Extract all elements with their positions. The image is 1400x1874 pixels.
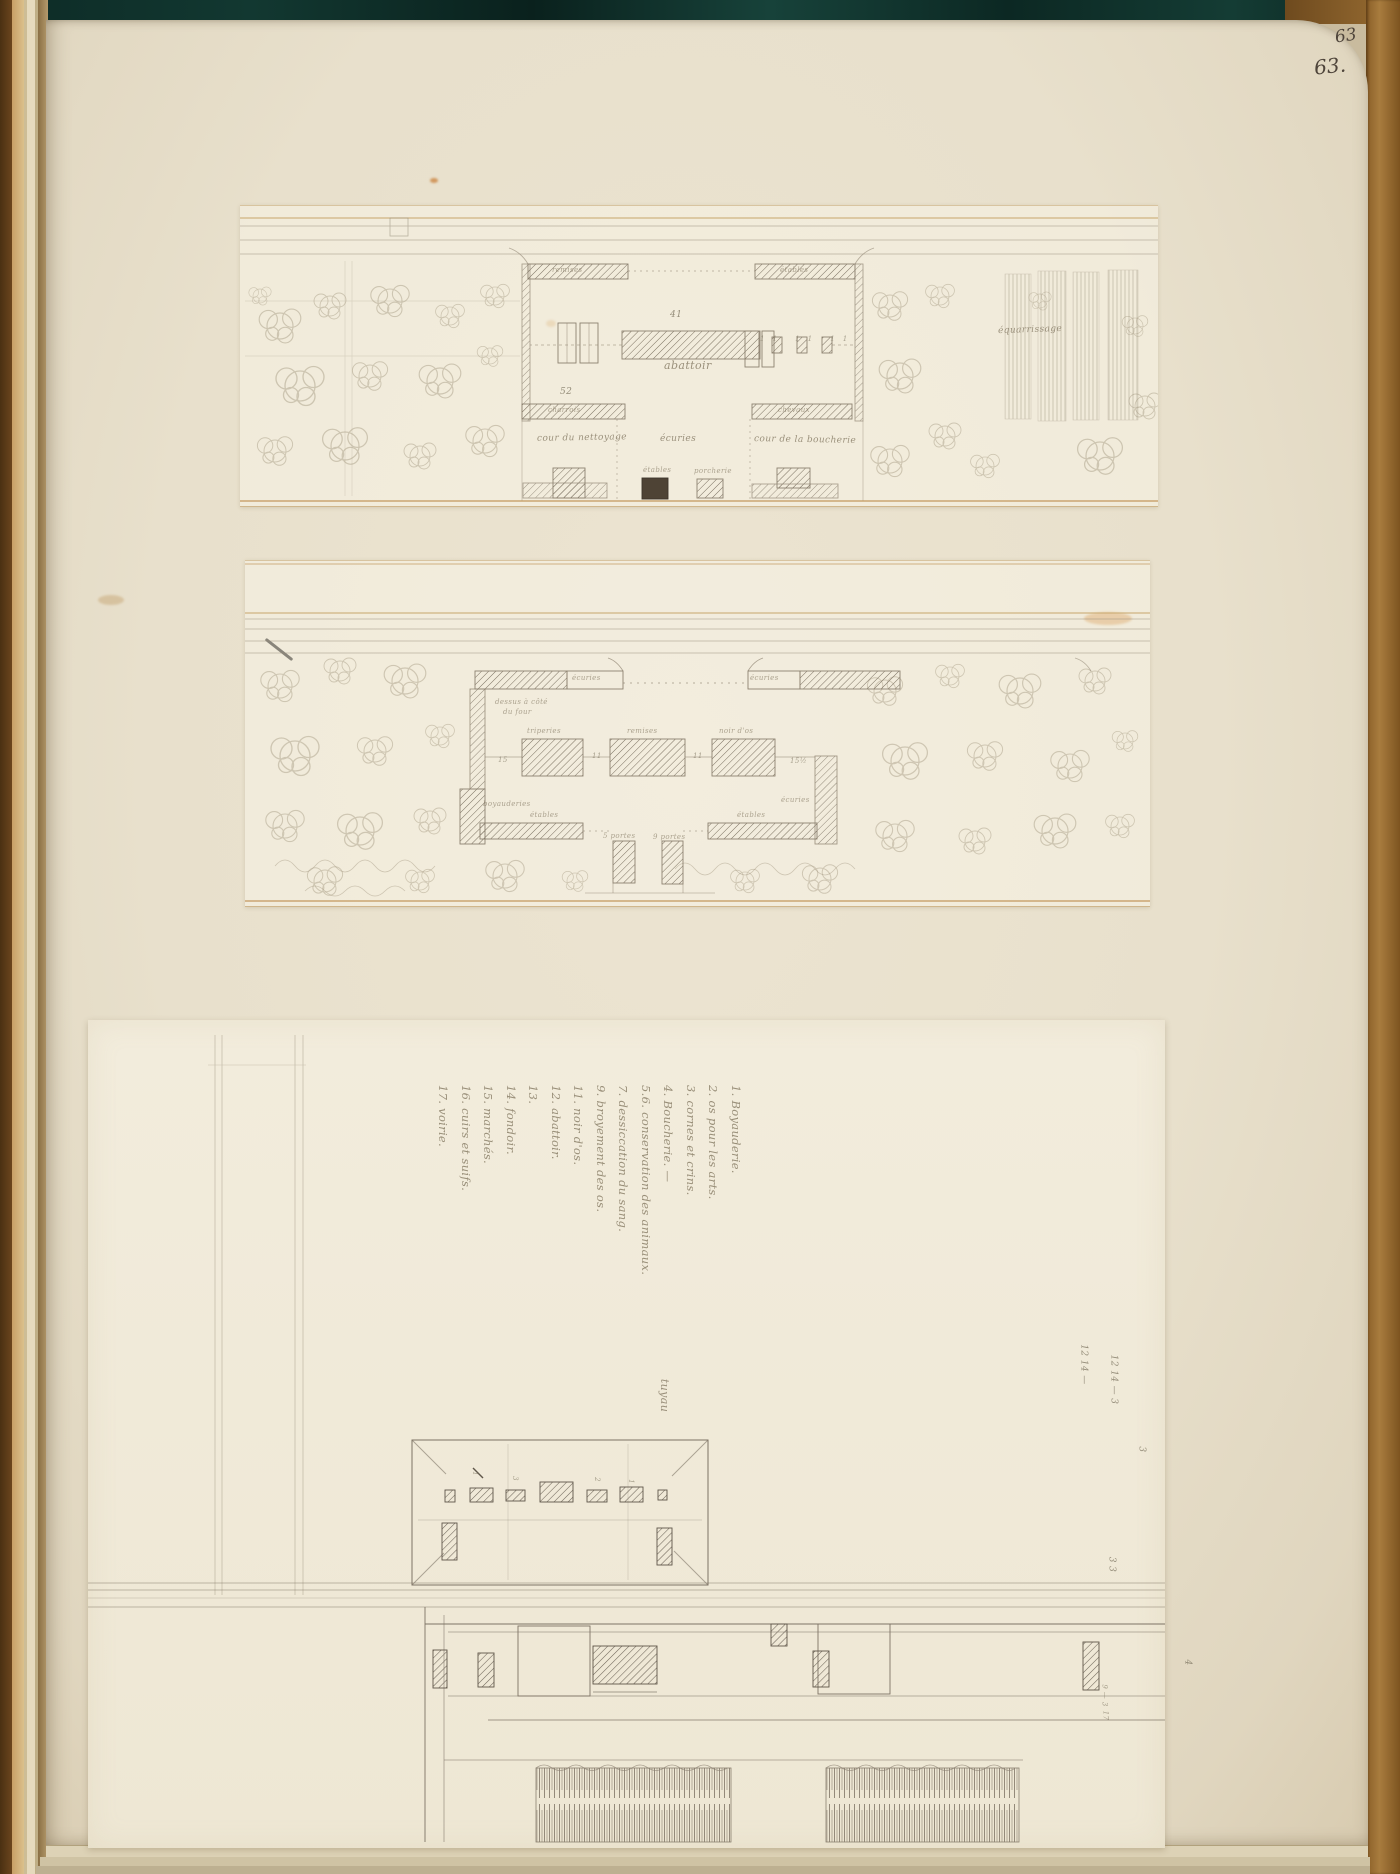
pier-number-1: 1 — [471, 1471, 478, 1476]
list-item: 17. voirie. — [432, 1085, 455, 1335]
label-low-4: écuries — [781, 797, 810, 804]
label-wing-c: charrois — [548, 407, 581, 414]
label-wing-a: remises — [552, 267, 583, 274]
label-15-right: 15½ — [790, 758, 807, 765]
annotation-nums-a: 12 14 — — [1079, 1344, 1088, 1384]
annotation-nums-g: 4 — [1183, 1659, 1192, 1665]
drawing-bottom-sheet: 1. Boyauderie. 2. os pour les arts. 3. c… — [88, 1020, 1165, 1848]
label-porcherie: porcherie — [694, 468, 732, 475]
label-abattoir: abattoir — [664, 360, 712, 371]
list-item: 9. broyement des os. — [590, 1085, 613, 1335]
pier-number-2: 3 — [511, 1476, 518, 1481]
label-cour-boucherie: cour de la boucherie — [754, 435, 856, 446]
label-52: 52 — [560, 388, 572, 397]
label-pier-2: 9 portes — [653, 834, 685, 841]
fore-edge-right — [1366, 0, 1400, 1874]
label-wing-d: chevaux — [778, 407, 810, 414]
list-item: 7. dessiccation du sang. — [612, 1085, 635, 1335]
label-room-1: triperies — [527, 728, 561, 735]
label-room-2: remises — [627, 728, 658, 735]
underlying-page-edge-3 — [36, 1866, 1370, 1874]
list-item: 2. os pour les arts. — [702, 1085, 725, 1335]
list-item: 12. abattoir. — [545, 1085, 568, 1335]
middle-plan-linework — [245, 561, 1150, 906]
label-11-b: 11 — [693, 753, 703, 760]
label-note-four-2: du four — [503, 709, 532, 716]
stain-small — [98, 595, 124, 605]
drawing-top-plan: 41 11 11 11 abattoir 52 remises étables … — [240, 205, 1158, 507]
label-cour-nettoyage: cour du nettoyage — [537, 433, 627, 444]
label-note-four-1: dessus à côté — [495, 699, 548, 706]
book-spine-edge — [0, 0, 12, 1874]
label-ecuries-1: écuries — [572, 675, 601, 682]
label-pier-1: 5 portes — [603, 833, 635, 840]
list-item: 16. cuirs et suifs. — [455, 1085, 478, 1335]
folio-number: 63. — [1313, 52, 1347, 79]
list-item: 14. fondoir. — [500, 1085, 523, 1335]
annotation-nums-c: 3 — [1137, 1446, 1146, 1452]
label-41: 41 — [670, 311, 682, 320]
annotation-nums-b: 12 14 — 3 — [1108, 1355, 1117, 1405]
label-ecuries-2: écuries — [750, 675, 779, 682]
label-room-3: noir d'os — [719, 728, 753, 735]
rotated-programme-list: 1. Boyauderie. 2. os pour les arts. 3. c… — [427, 1085, 747, 1335]
underlying-page-edge-2 — [40, 1857, 1370, 1866]
annotation-word: tuyau — [659, 1379, 670, 1412]
list-item: 3. cornes et crins. — [680, 1085, 703, 1335]
label-low-3: étables — [737, 812, 765, 819]
scanned-sketchbook-page: 63 63. — [0, 0, 1400, 1874]
page-block-edge — [12, 0, 24, 1874]
label-etables: étables — [643, 467, 671, 474]
label-wing-b: étables — [780, 267, 808, 274]
label-11-a: 11 — [592, 753, 602, 760]
album-page: 63 63. — [46, 20, 1368, 1845]
list-item: 1. Boyauderie. — [725, 1085, 748, 1335]
annotation-nums-f: 17 — [1101, 1711, 1108, 1721]
page-edges — [24, 0, 38, 1874]
label-11-row: 11 11 11 — [760, 336, 855, 343]
annotation-nums-d: 3 3 — [1106, 1557, 1115, 1573]
list-item: 11. noir d'os. — [567, 1085, 590, 1335]
list-item: 13. — [522, 1085, 545, 1335]
label-15-left: 15 — [498, 757, 508, 764]
pier-number-3: 2 — [593, 1477, 600, 1482]
top-plan-linework — [240, 206, 1158, 506]
list-item: 4. Boucherie. — — [657, 1085, 680, 1335]
label-low-1: boyauderies — [483, 801, 531, 808]
list-item: 15. marchés. — [477, 1085, 500, 1335]
pier-number-4: 1 — [627, 1479, 634, 1484]
list-item: 5.6. conservation des animaux. — [635, 1085, 658, 1335]
drawing-middle-plan: écuries écuries dessus à côté du four tr… — [245, 560, 1150, 907]
annotation-nums-e: 9 — 3 — [1101, 1684, 1108, 1706]
folio-number-top: 63 — [1334, 25, 1358, 48]
label-ecuries: écuries — [660, 435, 696, 444]
ink-speck — [430, 178, 438, 183]
label-low-2: étables — [530, 812, 558, 819]
